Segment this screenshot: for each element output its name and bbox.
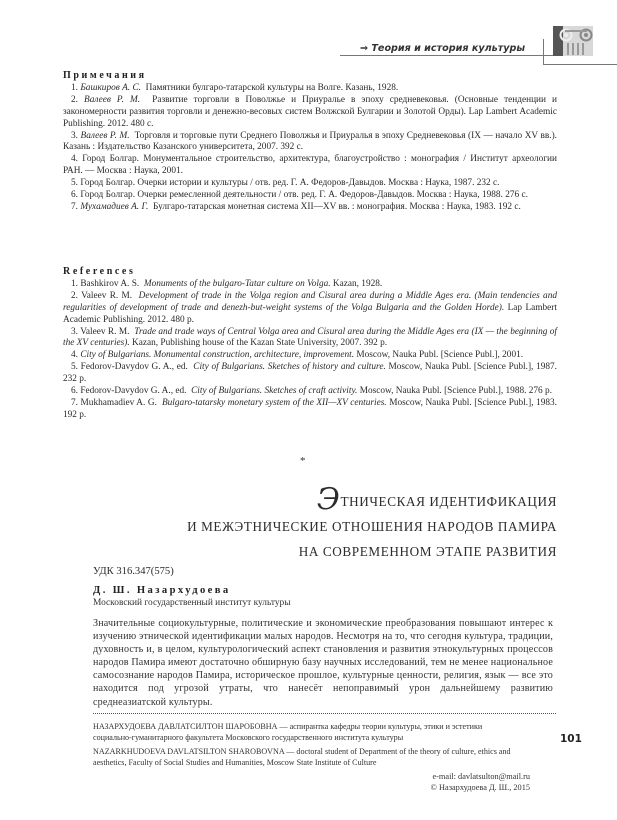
copyright: © Назархудоева Д. Ш., 2015 [380,782,530,793]
note-entry: 7. Мухамадиев А. Г. Булгаро-татарская мо… [63,202,557,214]
note-text: Торговля и торговые пути Среднего Поволж… [63,131,557,153]
header-rule-vertical [543,39,544,65]
header-rule [340,55,555,56]
note-text: Город Болгар. Монументальное строительст… [63,154,557,176]
references-list: 1. Bashkirov A. S. Monuments of the bulg… [63,279,557,422]
note-author: Валеев Р. М. [84,95,140,105]
reference-title: City of Bulgarians. Sketches of history … [193,362,386,372]
reference-title: Monuments of the bulgaro-Tatar culture o… [144,279,331,289]
reference-author: Valeev R. M. [80,327,129,337]
article-abstract: Значительные социокультурные, политическ… [93,617,553,709]
reference-author: Valeev R. M. [81,291,132,301]
reference-entry: 2. Valeev R. M. Development of trade in … [63,291,557,327]
note-author: Башкиров А. С. [80,83,141,93]
article-title-line-3: НА СОВРЕМЕННОМ ЭТАПЕ РАЗВИТИЯ [187,539,557,564]
notes-section: Примечания 1. Башкиров А. С. Памятники б… [63,70,557,214]
author-email: e-mail: davlatsulton@mail.ru [380,771,530,782]
reference-entry: 1. Bashkirov A. S. Monuments of the bulg… [63,279,557,291]
reference-entry: 3. Valeev R. M. Trade and trade ways of … [63,327,557,351]
header-rule-lower [543,64,617,65]
note-text: Город Болгар. Очерки ремесленной деятель… [80,190,528,200]
reference-entry: 7. Mukhamadiev A. G. Bulgaro-tatarsky mo… [63,398,557,422]
reference-author: Mukhamadiev A. G. [81,398,157,408]
page-number: 101 [560,733,582,745]
reference-title: Development of trade in the Volga region… [63,291,557,313]
reference-publisher: Moscow, Nauka Publ. [Science Publ.], 198… [360,386,552,396]
author-bio-en: NAZARKHUDOEVA DAVLATSILTON SHAROBOVNA — … [93,746,523,768]
note-entry: 2. Валеев Р. М. Развитие торговли в Пово… [63,95,557,131]
reference-author: Fedorov-Davydov G. A., ed. [81,362,188,372]
article-author: Д. Ш. Назархудоева [93,585,231,596]
references-title: References [63,266,557,278]
reference-title: City of Bulgarians. Monumental construct… [80,350,354,360]
article-title-line-2: И МЕЖЭТНИЧЕСКИЕ ОТНОШЕНИЯ НАРОДОВ ПАМИРА [187,514,557,539]
author-affiliation: Московский государственный институт куль… [93,598,291,608]
article-title: ЭТНИЧЕСКАЯ ИДЕНТИФИКАЦИЯ И МЕЖЭТНИЧЕСКИЕ… [187,487,557,564]
author-bio-ru: НАЗАРХУДОЕВА ДАВЛАТСИЛТОН ШАРОБОВНА — ас… [93,721,523,743]
section-separator: * [300,455,306,467]
reference-publisher: Kazan, 1928. [333,279,382,289]
note-author: Мухамадиев А. Г. [80,202,148,212]
note-entry: 4. Город Болгар. Монументальное строител… [63,154,557,178]
note-entry: 5. Город Болгар. Очерки истории и культу… [63,178,557,190]
running-header-title: Теория и история культуры [371,43,525,54]
arrow-icon: ⇒ [360,43,368,54]
references-section: References 1. Bashkirov A. S. Monuments … [63,266,557,422]
reference-entry: 6. Fedorov-Davydov G. A., ed. City of Bu… [63,386,557,398]
reference-publisher: Moscow, Nauka Publ. [Science Publ.], 200… [356,350,523,360]
note-text: Памятники булгаро-татарской культуры на … [146,83,399,93]
ionic-column-logo-icon [553,26,595,56]
note-entry: 3. Валеев Р. М. Торговля и торговые пути… [63,131,557,155]
udk-code: УДК 316.347(575) [93,566,174,577]
author-contact: e-mail: davlatsulton@mail.ru © Назархудо… [380,771,530,793]
reference-title: City of Bulgarians. Sketches of craft ac… [191,386,357,396]
reference-entry: 5. Fedorov-Davydov G. A., ed. City of Bu… [63,362,557,386]
reference-title: Bulgaro-tatarsky monetary system of the … [162,398,387,408]
dotted-divider [93,713,556,714]
reference-entry: 4. City of Bulgarians. Monumental constr… [63,350,557,362]
note-entry: 6. Город Болгар. Очерки ремесленной деят… [63,190,557,202]
title-initial: Э [317,482,341,517]
notes-list: 1. Башкиров А. С. Памятники булгаро-тата… [63,83,557,214]
note-author: Валеев Р. М. [81,131,130,141]
article-title-line-1: ЭТНИЧЕСКАЯ ИДЕНТИФИКАЦИЯ [187,487,557,514]
note-text: Город Болгар. Очерки истории и культуры … [80,178,499,188]
reference-author: Bashkirov A. S. [80,279,139,289]
notes-title: Примечания [63,70,557,82]
reference-author: Fedorov-Davydov G. A., ed. [80,386,186,396]
reference-publisher: Kazan, Publishing house of the Kazan Sta… [132,338,387,348]
note-entry: 1. Башкиров А. С. Памятники булгаро-тата… [63,83,557,95]
note-text: Булгаро-татарская монетная система XII—X… [153,202,521,212]
running-header: ⇒ Теория и история культуры [360,43,525,54]
